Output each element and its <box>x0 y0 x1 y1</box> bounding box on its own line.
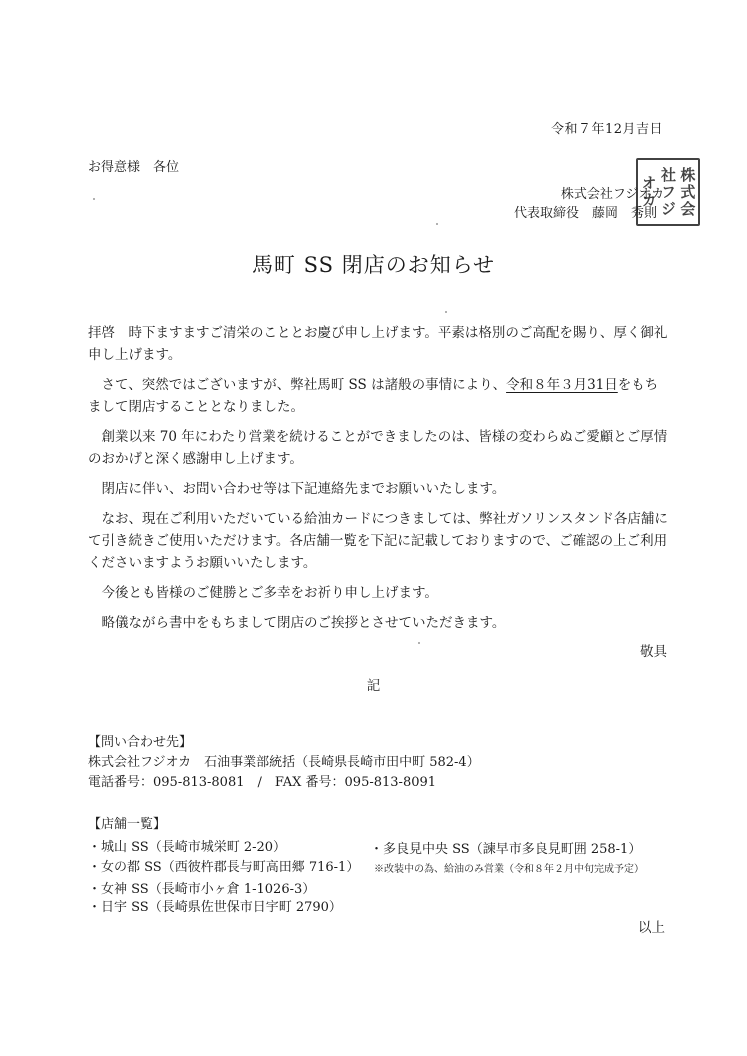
text: さて、突然ではございますが、弊社馬町 SS は諸般の事情により、 <box>102 377 507 393</box>
scan-speck <box>436 223 438 225</box>
stamp-column: 社フジ <box>659 162 677 222</box>
contact-phone-fax: 電話番号：095-813-8081 / FAX 番号：095-813-8091 <box>88 773 480 793</box>
sender-company: 株式会社フジオカ <box>0 183 747 202</box>
store-list-heading: 【店舗一覧】 <box>88 815 166 835</box>
end-marker: 以上 <box>0 916 747 936</box>
paragraph-thanks: 創業以来 70 年にわたり営業を続けることができましたのは、皆様の変わらぬご愛顧… <box>88 426 668 470</box>
stamp-column: オカ <box>640 162 658 222</box>
paragraph-farewell: 略儀ながら書中をもちまして閉店のご挨拶とさせていただきます。 <box>88 612 668 634</box>
paragraph-greeting: 拝啓 時下ますますご清栄のこととお慶び申し上げます。平素は格別のご高配を賜り、厚… <box>88 322 668 366</box>
store-note: ※改装中の為、給油のみ営業（令和８年２月中旬完成予定） <box>374 860 644 875</box>
document-title: 馬町 SS 閉店のお知らせ <box>0 249 747 279</box>
scan-speck <box>93 198 95 200</box>
store-item: ・日宇 SS（長崎県佐世保市日宇町 2790） <box>88 896 342 915</box>
paragraph-contact-notice: 閉店に伴い、お問い合わせ等は下記連絡先までお願いいたします。 <box>88 478 668 500</box>
sender-representative: 代表取締役 藤岡 秀則 <box>0 202 747 221</box>
scan-speck <box>445 311 447 313</box>
document-date: 令和７年12月吉日 <box>0 118 747 137</box>
paragraph-wishes: 今後とも皆様のご健勝とご多幸をお祈り申し上げます。 <box>88 582 668 604</box>
store-item: ・女の都 SS（西彼杵郡長与町高田郷 716-1） <box>88 856 359 875</box>
paragraph-closure-notice: さて、突然ではございますが、弊社馬町 SS は諸般の事情により、令和８年３月31… <box>88 374 668 418</box>
contact-address: 株式会社フジオカ 石油事業部統括（長崎県長崎市田中町 582-4） <box>88 753 480 773</box>
ki-marker: 記 <box>0 674 747 694</box>
store-item: ・多良見中央 SS（諫早市多良見町囲 258-1） <box>370 838 641 857</box>
paragraph-fuel-card: なお、現在ご利用いただいている給油カードにつきましては、弊社ガソリンスタンド各店… <box>88 508 668 574</box>
contact-heading: 【問い合わせ先】 <box>88 733 480 753</box>
stamp-column: 株式会 <box>678 162 696 222</box>
store-item: ・女神 SS（長崎市小ヶ倉 1-1026-3） <box>88 878 315 897</box>
scan-speck <box>418 642 420 644</box>
company-seal-stamp: 株式会 社フジ オカ <box>636 158 700 226</box>
closing-date: 令和８年３月31日 <box>506 377 618 393</box>
addressee: お得意様 各位 <box>88 156 179 175</box>
store-list-heading-wrap: 【店舗一覧】 <box>88 815 166 835</box>
closing-keigu: 敬具 <box>0 640 747 660</box>
letter-body: 拝啓 時下ますますご清栄のこととお慶び申し上げます。平素は格別のご高配を賜り、厚… <box>88 322 668 642</box>
contact-section: 【問い合わせ先】 株式会社フジオカ 石油事業部統括（長崎県長崎市田中町 582-… <box>88 733 480 793</box>
store-item: ・城山 SS（長崎市城栄町 2-20） <box>88 836 286 855</box>
